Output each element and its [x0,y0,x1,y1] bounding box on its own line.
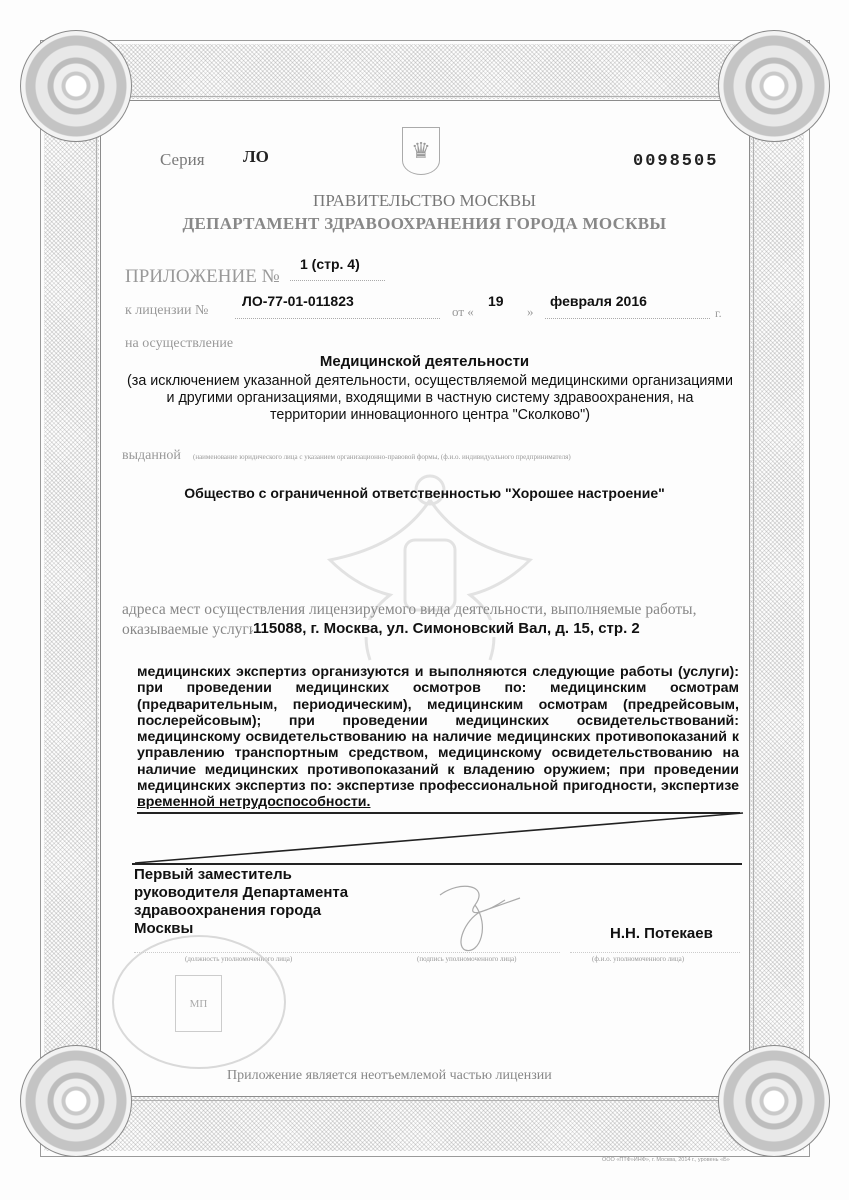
license-form-number: 0098505 [633,152,718,171]
department-title: ДЕПАРТАМЕНТ ЗДРАВООХРАНЕНИЯ ГОРОДА МОСКВ… [0,214,849,234]
services-description: медицинских экспертиз организуются и вып… [137,664,739,811]
signatory-position: Первый заместитель руководителя Департам… [134,866,348,938]
position-line: руководителя Департамента [134,884,348,902]
license-label: к лицензии № [125,303,208,319]
issued-label: выданной [122,448,181,464]
rosette-ornament-icon [20,1045,132,1157]
activity-clarification-line: (за исключением указанной деятельности, … [110,373,750,389]
fill-line [545,318,710,319]
series-value: ЛО [243,147,269,167]
appendix-value: 1 (стр. 4) [300,256,360,272]
printer-imprint: ООО «ПТФ»ИНФ», г. Москва, 2014 г., урове… [602,1157,730,1163]
date-from-label: от « [452,304,474,320]
services-text-last: временной нетрудоспособности. [137,794,370,810]
activity-address: 115088, г. Москва, ул. Симоновский Вал, … [253,620,640,637]
fill-line [290,280,385,281]
activity-label: на осуществление [125,336,233,352]
strike-diagonal [130,810,750,870]
license-appendix-page: Серия ЛО ♛ 0098505 ПРАВИТЕЛЬСТВО МОСКВЫ … [0,0,849,1200]
strike-line-bottom [132,863,742,865]
government-title: ПРАВИТЕЛЬСТВО МОСКВЫ [0,191,849,211]
license-day: 19 [488,293,504,309]
signatory-name: Н.Н. Потекаев [610,925,713,942]
date-close-quote: » [527,304,534,320]
activity-clarification-line: территории инновационного центра "Сколко… [110,407,750,423]
license-number: ЛО-77-01-011823 [242,293,354,309]
activity-clarification-line: и другими организациями, входящими в час… [110,390,750,406]
stamp-seal-icon: МП [175,975,222,1032]
address-label-line: адреса мест осуществления лицензируемого… [122,601,696,619]
activity-title: Медицинской деятельности [0,353,849,370]
series-label: Серия [160,150,205,170]
license-month-year: февраля 2016 [550,293,647,309]
handwritten-signature-icon [420,870,540,965]
appendix-footer-note: Приложение является неотъемлемой частью … [227,1068,552,1084]
coat-of-arms-icon: ♛ [402,127,440,175]
fill-line [235,318,440,319]
rosette-ornament-icon [718,30,830,142]
year-suffix: г. [715,306,722,321]
caption-name: (ф.и.о. уполномоченного лица) [592,955,684,963]
position-line: здравоохранения города [134,902,348,920]
fill-line [385,952,560,953]
address-label-line: оказываемые услуги [122,621,257,639]
position-line: Первый заместитель [134,866,348,884]
rosette-ornament-icon [20,30,132,142]
eagle-watermark-icon [290,470,570,680]
position-line: Москвы [134,920,348,938]
rosette-ornament-icon [718,1045,830,1157]
caption-signature: (подпись уполномоченного лица) [417,955,516,963]
issued-hint: (наименование юридического лица с указан… [193,453,571,461]
services-text: медицинских экспертиз организуются и вып… [137,664,739,794]
fill-line [570,952,740,953]
appendix-label: ПРИЛОЖЕНИЕ № [125,266,280,288]
organization-name: Общество с ограниченной ответственностью… [0,485,849,501]
